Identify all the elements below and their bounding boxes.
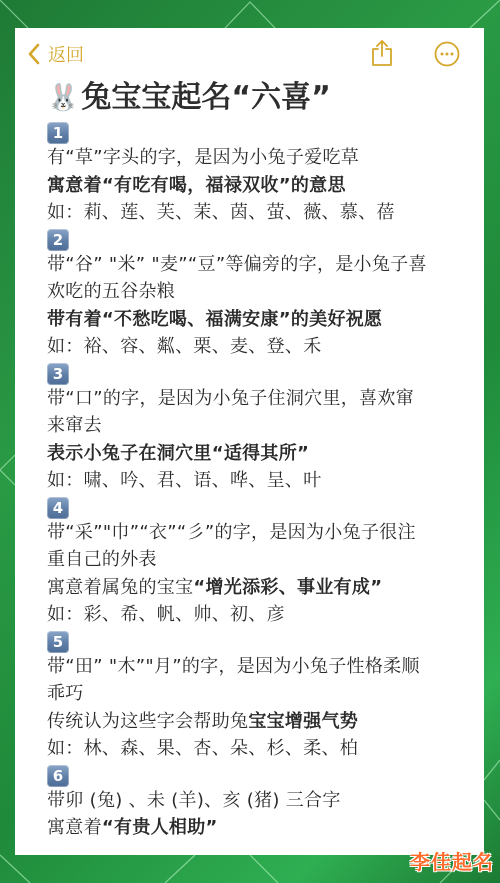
number-badge-icon: 2	[47, 229, 69, 251]
rabbit-icon: 🐰	[47, 76, 79, 120]
share-button[interactable]	[371, 39, 393, 71]
text: 传统认为这些字会帮助兔	[47, 711, 248, 732]
bold-text: 寓意着“有吃有喝，福禄双收”的意思	[47, 175, 346, 196]
text: 带“口”的字，是因为小兔子住洞穴里，喜欢窜	[47, 388, 414, 409]
section-6: 6带卯 (兔) 、未 (羊)、亥 (猪) 三合字寓意着“有贵人相助”	[47, 763, 474, 842]
text-line: 如：彩、希、帆、帅、初、彦	[47, 601, 474, 629]
text: 带卯 (兔) 、未 (羊)、亥 (猪) 三合字	[47, 790, 341, 811]
title-text: 兔宝宝起名“六喜”	[81, 76, 330, 120]
text: 如：啸、吟、君、语、哗、呈、叶	[47, 470, 322, 491]
bold-text: 带有着“不愁吃喝、福满安康”的美好祝愿	[47, 309, 382, 330]
text-line: 带有着“不愁吃喝、福满安康”的美好祝愿	[47, 306, 474, 334]
text-line: 乖巧	[47, 680, 474, 708]
back-button[interactable]: 返回	[28, 41, 84, 67]
text: 乖巧	[47, 683, 84, 704]
section-4: 4带“采”"巾”“衣”“彡”的字，是因为小兔子很注重自己的外表寓意着属兔的宝宝“…	[47, 495, 474, 629]
text: 寓意着属兔的宝宝	[47, 577, 193, 598]
section-5: 5带“田” "木”"月”的字，是因为小兔子性格柔顺乖巧传统认为这些字会帮助兔宝宝…	[47, 629, 474, 763]
chevron-left-icon	[28, 43, 40, 65]
text: 有“草”字头的字，是因为小兔子爱吃草	[47, 147, 359, 168]
text: 如：彩、希、帆、帅、初、彦	[47, 604, 285, 625]
text-line: 带“谷” "米” "麦”“豆”等偏旁的字，是小兔子喜	[47, 251, 474, 279]
number-badge-icon: 1	[47, 122, 69, 144]
text-line: 寓意着“有贵人相助”	[47, 814, 474, 842]
watermark: 李佳起名	[410, 846, 494, 875]
text: 带“采”"巾”“衣”“彡”的字，是因为小兔子很注	[47, 522, 416, 543]
text-line: 如：啸、吟、君、语、哗、呈、叶	[47, 467, 474, 495]
number-badge-icon: 6	[47, 765, 69, 787]
text-line: 来窜去	[47, 412, 474, 440]
text: 来窜去	[47, 415, 102, 436]
text-line: 如：林、森、果、杏、朵、杉、柔、柏	[47, 735, 474, 763]
text-line: 表示小兔子在洞穴里“适得其所”	[47, 440, 474, 468]
text: 如：裕、容、粼、栗、麦、登、禾	[47, 336, 322, 357]
note-content: 🐰 兔宝宝起名“六喜” 1有“草”字头的字，是因为小兔子爱吃草寓意着“有吃有喝，…	[47, 76, 474, 842]
text-line: 有“草”字头的字，是因为小兔子爱吃草	[47, 144, 474, 172]
number-badge-icon: 5	[47, 631, 69, 653]
text-line: 带卯 (兔) 、未 (羊)、亥 (猪) 三合字	[47, 787, 474, 815]
text-line: 带“田” "木”"月”的字，是因为小兔子性格柔顺	[47, 653, 474, 681]
text: 如：林、森、果、杏、朵、杉、柔、柏	[47, 738, 358, 759]
bold-text: 宝宝增强气势	[248, 711, 358, 732]
text-line: 带“采”"巾”“衣”“彡”的字，是因为小兔子很注	[47, 519, 474, 547]
page-title: 🐰 兔宝宝起名“六喜”	[47, 76, 474, 120]
text: 重自己的外表	[47, 549, 157, 570]
text-line: 寓意着属兔的宝宝“增光添彩、事业有成”	[47, 574, 474, 602]
text-line: 如：莉、莲、芙、茉、茵、萤、薇、慕、蓓	[47, 199, 474, 227]
section-2: 2带“谷” "米” "麦”“豆”等偏旁的字，是小兔子喜欢吃的五谷杂粮带有着“不愁…	[47, 227, 474, 361]
text-line: 重自己的外表	[47, 546, 474, 574]
sections-list: 1有“草”字头的字，是因为小兔子爱吃草寓意着“有吃有喝，福禄双收”的意思如：莉、…	[47, 120, 474, 842]
number-badge-icon: 3	[47, 363, 69, 385]
bold-text: “增光添彩、事业有成”	[193, 577, 382, 598]
text: 带“谷” "米” "麦”“豆”等偏旁的字，是小兔子喜	[47, 254, 427, 275]
text-line: 寓意着“有吃有喝，福禄双收”的意思	[47, 172, 474, 200]
bold-text: 表示小兔子在洞穴里“适得其所”	[47, 443, 309, 464]
bold-text: “有贵人相助”	[102, 817, 218, 838]
text-line: 如：裕、容、粼、栗、麦、登、禾	[47, 333, 474, 361]
text: 欢吃的五谷杂粮	[47, 281, 175, 302]
section-3: 3带“口”的字，是因为小兔子住洞穴里，喜欢窜来窜去表示小兔子在洞穴里“适得其所”…	[47, 361, 474, 495]
more-button[interactable]	[434, 41, 460, 71]
text: 如：莉、莲、芙、茉、茵、萤、薇、慕、蓓	[47, 202, 395, 223]
back-label: 返回	[48, 41, 84, 67]
number-badge-icon: 4	[47, 497, 69, 519]
note-card: 返回 🐰 兔宝宝起名“六喜” 1有“草”字头的字，是	[15, 28, 484, 855]
nav-bar: 返回	[15, 28, 484, 80]
section-1: 1有“草”字头的字，是因为小兔子爱吃草寓意着“有吃有喝，福禄双收”的意思如：莉、…	[47, 120, 474, 227]
more-icon	[434, 41, 460, 67]
text: 寓意着	[47, 817, 102, 838]
text-line: 欢吃的五谷杂粮	[47, 278, 474, 306]
text: 带“田” "木”"月”的字，是因为小兔子性格柔顺	[47, 656, 420, 677]
text-line: 带“口”的字，是因为小兔子住洞穴里，喜欢窜	[47, 385, 474, 413]
text-line: 传统认为这些字会帮助兔宝宝增强气势	[47, 708, 474, 736]
share-icon	[371, 39, 393, 67]
